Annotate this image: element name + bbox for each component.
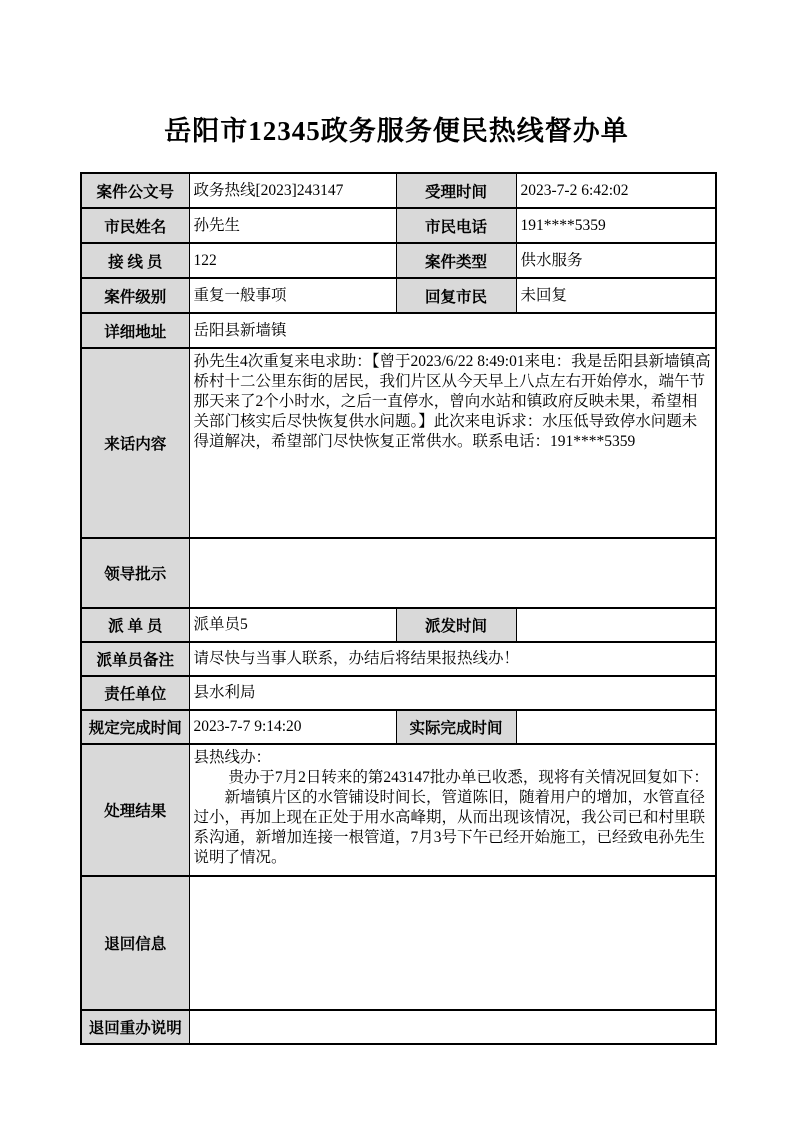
leader-comment-value (189, 538, 716, 608)
actual-finish-time-value (516, 710, 716, 744)
address-value: 岳阳县新墙镇 (189, 313, 716, 348)
return-redo-note-label: 退回重办说明 (81, 1010, 189, 1044)
row-call-content: 来话内容 孙先生4次重复来电求助：【曾于2023/6/22 8:49:01来电：… (81, 348, 716, 538)
dispatcher-value: 派单员5 (189, 608, 396, 642)
row-dispatcher: 派 单 员 派单员5 派发时间 (81, 608, 716, 642)
accept-time-label: 受理时间 (396, 173, 516, 208)
return-redo-note-value (189, 1010, 716, 1044)
operator-label: 接 线 员 (81, 243, 189, 278)
leader-comment-label: 领导批示 (81, 538, 189, 608)
case-type-label: 案件类型 (396, 243, 516, 278)
case-level-label: 案件级别 (81, 278, 189, 313)
dispatch-time-label: 派发时间 (396, 608, 516, 642)
result-label: 处理结果 (81, 744, 189, 876)
citizen-name-value: 孙先生 (189, 208, 396, 243)
row-operator: 接 线 员 122 案件类型 供水服务 (81, 243, 716, 278)
row-result: 处理结果 县热线办： 贵办于7月2日转来的第243147批办单已收悉，现将有关情… (81, 744, 716, 876)
case-no-label: 案件公文号 (81, 173, 189, 208)
call-content-label: 来话内容 (81, 348, 189, 538)
return-info-value (189, 876, 716, 1010)
actual-finish-time-label: 实际完成时间 (396, 710, 516, 744)
row-citizen: 市民姓名 孙先生 市民电话 191****5359 (81, 208, 716, 243)
return-info-label: 退回信息 (81, 876, 189, 1010)
accept-time-value: 2023-7-2 6:42:02 (516, 173, 716, 208)
result-value: 县热线办： 贵办于7月2日转来的第243147批办单已收悉，现将有关情况回复如下… (189, 744, 716, 876)
row-case-no: 案件公文号 政务热线[2023]243147 受理时间 2023-7-2 6:4… (81, 173, 716, 208)
dispatcher-note-label: 派单员备注 (81, 642, 189, 676)
dispatcher-label: 派 单 员 (81, 608, 189, 642)
row-return-info: 退回信息 (81, 876, 716, 1010)
operator-value: 122 (189, 243, 396, 278)
deadline-value: 2023-7-7 9:14:20 (189, 710, 396, 744)
dispatch-time-value (516, 608, 716, 642)
row-dispatcher-note: 派单员备注 请尽快与当事人联系，办结后将结果报热线办！ (81, 642, 716, 676)
page-title: 岳阳市12345政务服务便民热线督办单 (0, 109, 793, 148)
citizen-phone-label: 市民电话 (396, 208, 516, 243)
row-case-level: 案件级别 重复一般事项 回复市民 未回复 (81, 278, 716, 313)
deadline-label: 规定完成时间 (81, 710, 189, 744)
row-address: 详细地址 岳阳县新墙镇 (81, 313, 716, 348)
document-page: 岳阳市12345政务服务便民热线督办单 案件公文号 政务热线[2023]2431… (0, 0, 793, 1122)
reply-citizen-value: 未回复 (516, 278, 716, 313)
responsible-unit-label: 责任单位 (81, 676, 189, 710)
row-deadline: 规定完成时间 2023-7-7 9:14:20 实际完成时间 (81, 710, 716, 744)
hotline-form-table: 案件公文号 政务热线[2023]243147 受理时间 2023-7-2 6:4… (80, 172, 717, 1045)
row-responsible-unit: 责任单位 县水利局 (81, 676, 716, 710)
responsible-unit-value: 县水利局 (189, 676, 716, 710)
citizen-phone-value: 191****5359 (516, 208, 716, 243)
row-leader-comment: 领导批示 (81, 538, 716, 608)
address-label: 详细地址 (81, 313, 189, 348)
case-type-value: 供水服务 (516, 243, 716, 278)
call-content-value: 孙先生4次重复来电求助：【曾于2023/6/22 8:49:01来电：我是岳阳县… (189, 348, 716, 538)
dispatcher-note-value: 请尽快与当事人联系，办结后将结果报热线办！ (189, 642, 716, 676)
case-level-value: 重复一般事项 (189, 278, 396, 313)
citizen-name-label: 市民姓名 (81, 208, 189, 243)
case-no-value: 政务热线[2023]243147 (189, 173, 396, 208)
row-return-redo-note: 退回重办说明 (81, 1010, 716, 1044)
reply-citizen-label: 回复市民 (396, 278, 516, 313)
